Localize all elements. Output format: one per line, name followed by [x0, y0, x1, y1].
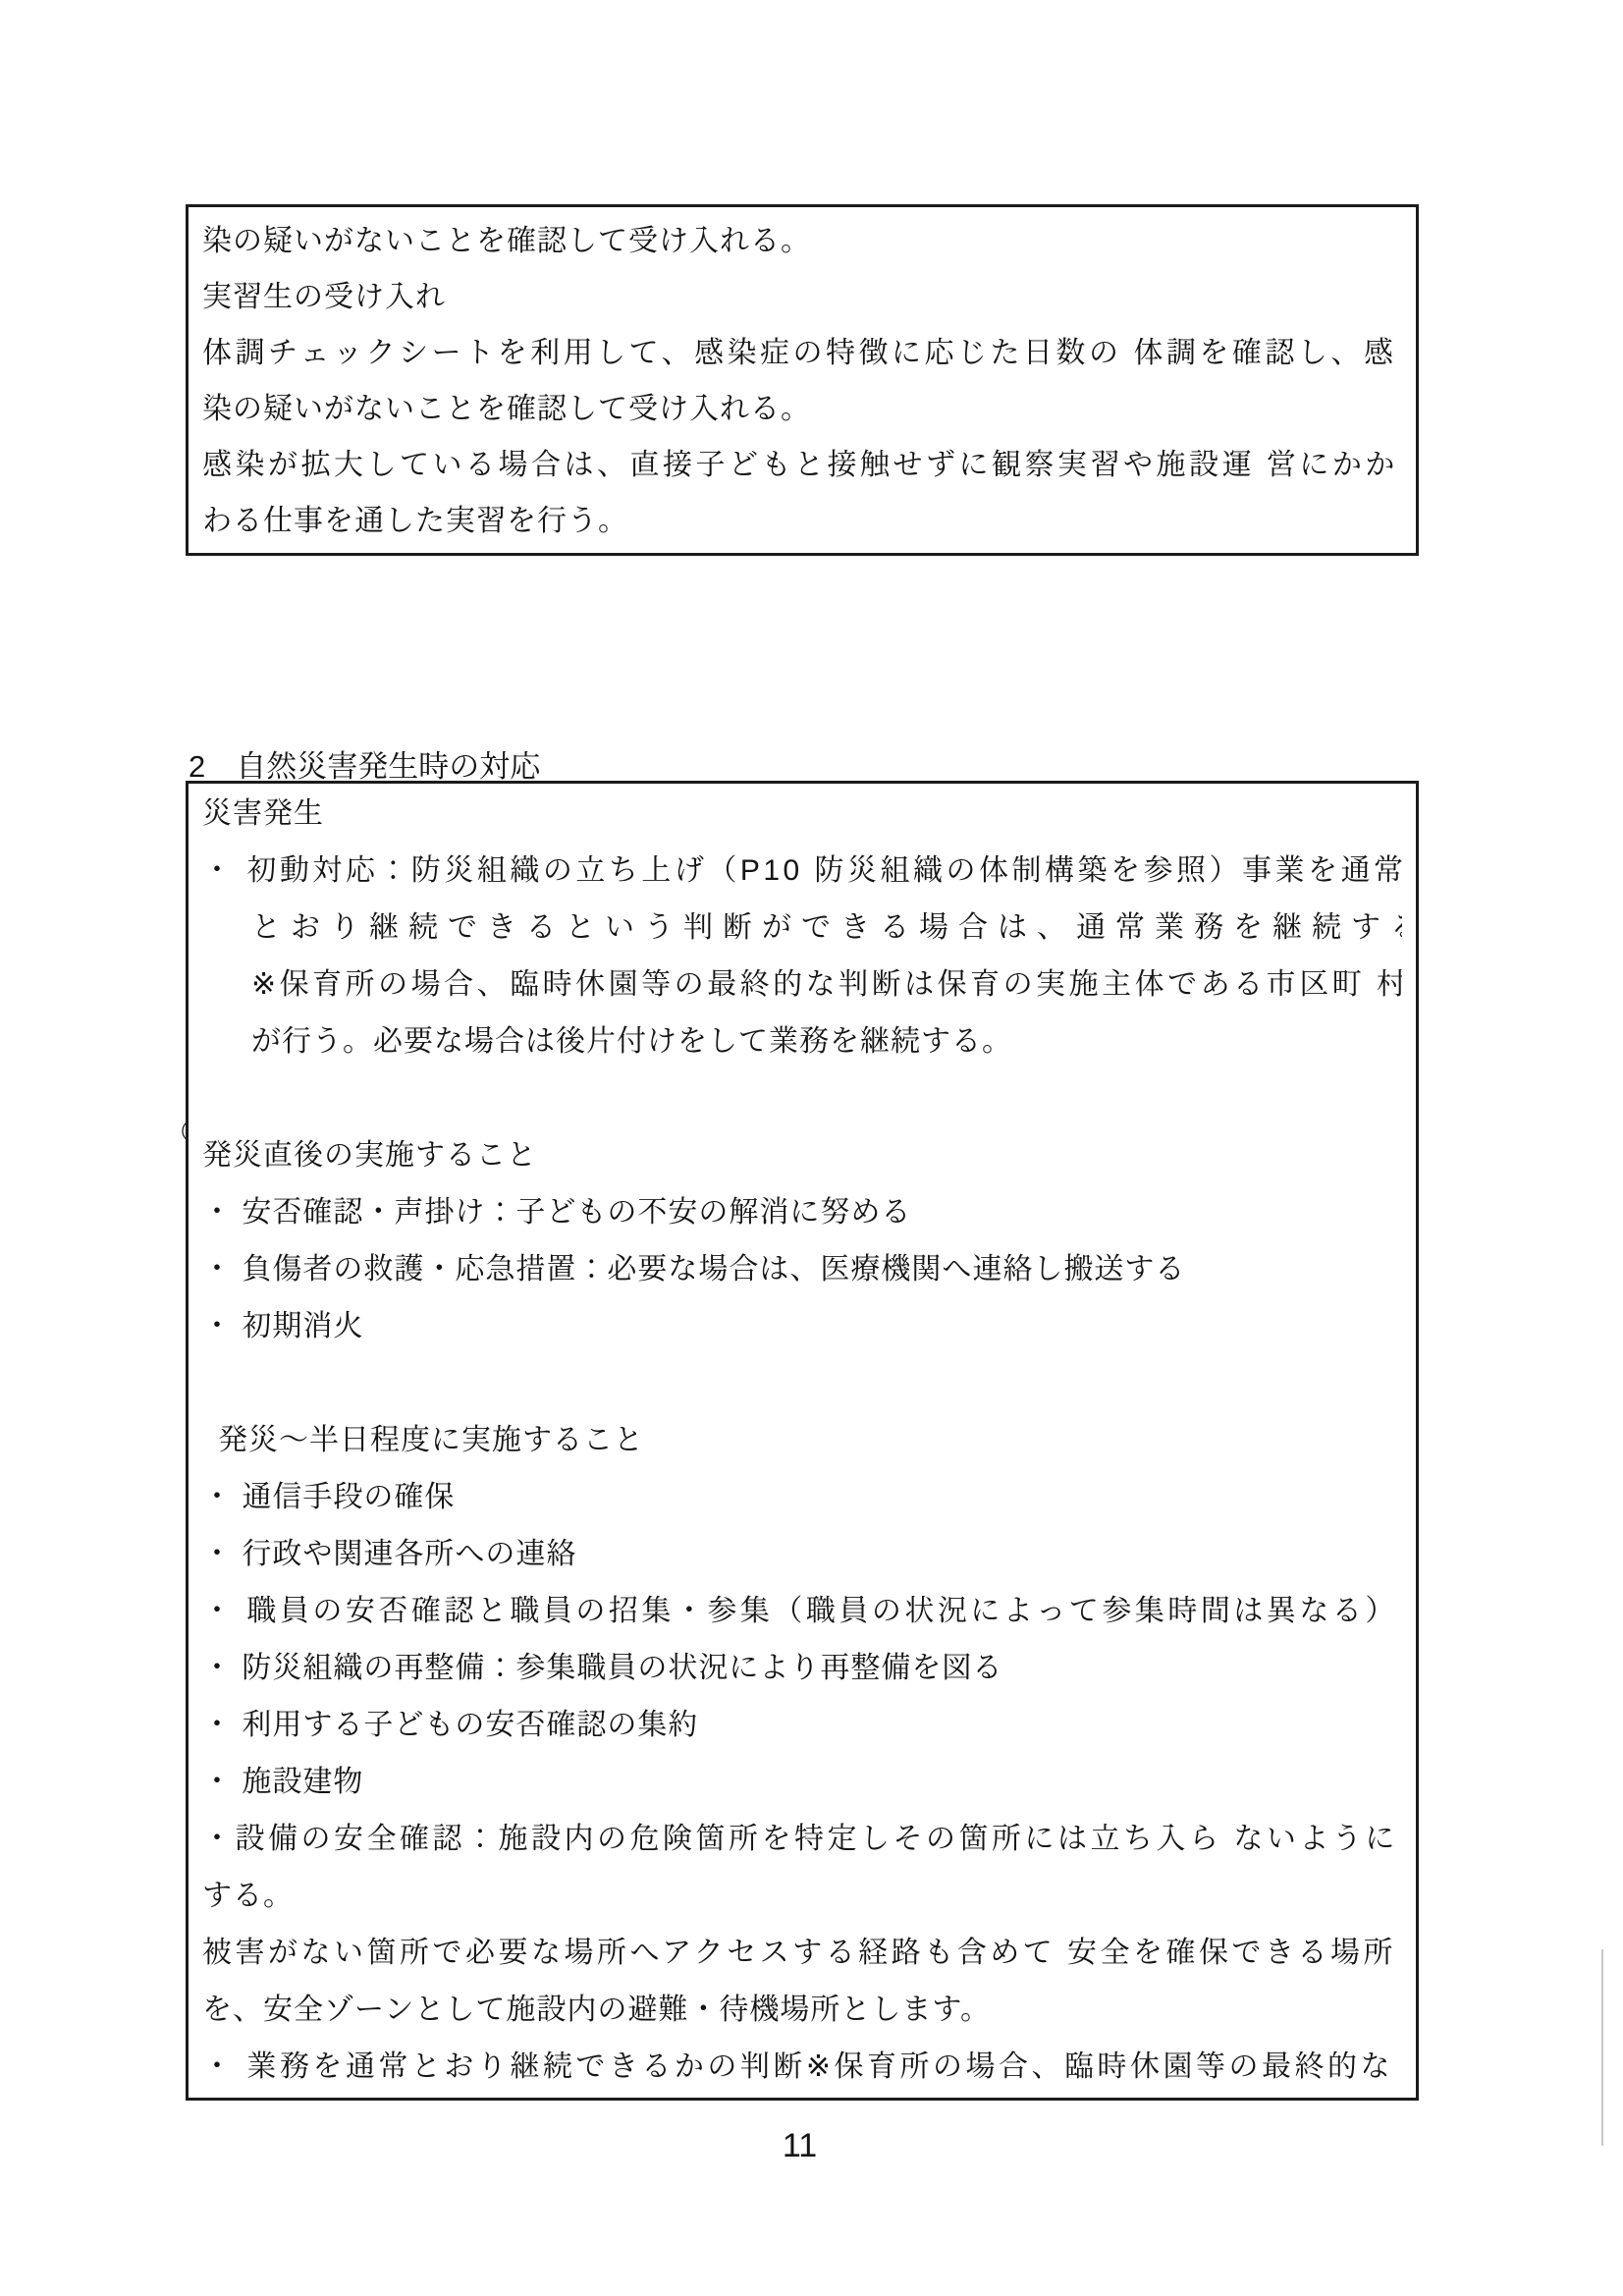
text-line: ・ 施設建物 — [202, 1754, 1402, 1811]
text-line: ・ 利用する子どもの安否確認の集約 — [202, 1697, 1402, 1754]
text-line: ・ 安否確認・声掛け：子どもの不安の解消に努める — [202, 1184, 1402, 1241]
page-number: 11 — [0, 2121, 1611, 2170]
text-line — [202, 1070, 1402, 1127]
text-line: ※保育所の場合、臨時休園等の最終的な判断は保育の実施主体である市区町 村 — [202, 957, 1402, 1013]
text-line: 染の疑いがないことを確認して受け入れる。 — [202, 213, 1402, 269]
scan-artifact-line — [1601, 1949, 1603, 2146]
text-line: ・ 負傷者の救護・応急措置：必要な場合は、医療機関へ連絡し搬送する — [202, 1241, 1402, 1298]
text-line: 体調チェックシートを利用して、感染症の特徴に応じた日数の 体調を確認し、感 — [202, 325, 1402, 381]
text-line — [202, 1355, 1402, 1412]
text-line: 感染が拡大している場合は、直接子どもと接触せずに観察実習や施設運 営にかか — [202, 437, 1402, 493]
text-line: ・ 業務を通常とおり継続できるかの判断※保育所の場合、臨時休園等の最終的な — [202, 2039, 1402, 2096]
text-line: ・設備の安全確認：施設内の危険箇所を特定しその箇所には立ち入ら ないように — [202, 1811, 1402, 1868]
text-line: 災害発生 — [202, 786, 1402, 843]
text-line: を、安全ゾーンとして施設内の避難・待機場所とします。 — [202, 1982, 1402, 2039]
text-line: 発災直後の実施すること — [202, 1127, 1402, 1184]
document-page: 染の疑いがないことを確認して受け入れる。実習生の受け入れ体調チェックシートを利用… — [0, 0, 1623, 2296]
text-line: わる仕事を通した実習を行う。 — [202, 493, 1402, 549]
text-line: ・ 初期消火 — [202, 1298, 1402, 1355]
text-line: ・ 行政や関連各所への連絡 — [202, 1526, 1402, 1583]
text-line: する。 — [202, 1868, 1402, 1925]
text-line: とおり継続できるという判断ができる場合は、通常業務を継続する。 — [202, 900, 1402, 957]
text-line: ・ 初動対応：防災組織の立ち上げ（P10 防災組織の体制構築を参照）事業を通常 — [202, 843, 1402, 900]
earthquake-timeline-box: 災害発生・ 初動対応：防災組織の立ち上げ（P10 防災組織の体制構築を参照）事業… — [186, 781, 1419, 2101]
text-line: ・ 防災組織の再整備：参集職員の状況により再整備を図る — [202, 1640, 1402, 1697]
text-line: 実習生の受け入れ — [202, 269, 1402, 325]
text-line: ・ 通信手段の確保 — [202, 1469, 1402, 1526]
text-line: が行う。必要な場合は後片付けをして業務を継続する。 — [202, 1013, 1402, 1070]
text-line: 発災～半日程度に実施すること — [202, 1412, 1402, 1469]
text-line: 染の疑いがないことを確認して受け入れる。 — [202, 381, 1402, 437]
infection-acceptance-box: 染の疑いがないことを確認して受け入れる。実習生の受け入れ体調チェックシートを利用… — [186, 204, 1419, 556]
text-line: 被害がない箇所で必要な場所へアクセスする経路も含めて 安全を確保できる場所 — [202, 1925, 1402, 1982]
text-line: ・ 職員の安否確認と職員の招集・参集（職員の状況によって参集時間は異なる） — [202, 1583, 1402, 1640]
